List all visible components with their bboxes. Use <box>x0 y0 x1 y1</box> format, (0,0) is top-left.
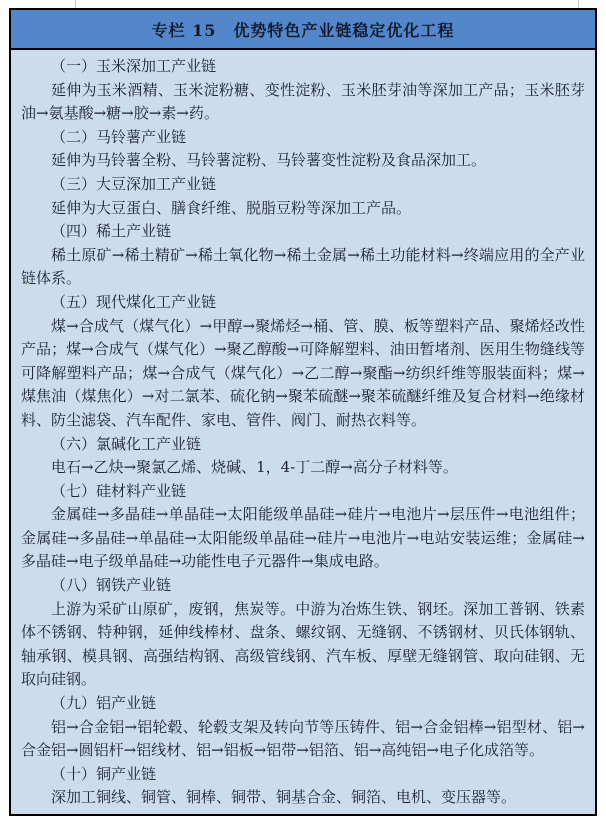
table-gridline-remnant-left <box>75 0 76 8</box>
section-4-body: 稀土原矿→稀土精矿→稀土氧化物→稀土金属→稀土功能材料→终端应用的全产业链体系。 <box>21 244 585 291</box>
section-9-heading: （九）铝产业链 <box>21 692 585 716</box>
section-6-heading: （六）氯碱化工产业链 <box>21 433 585 457</box>
section-1-body: 延伸为玉米酒精、玉米淀粉糖、变性淀粉、玉米胚芽油等深加工产品；玉米胚芽油→氨基酸… <box>21 79 585 126</box>
section-5-body: 煤→合成气（煤气化）→甲醇→聚烯烃→桶、管、膜、板等塑料产品、聚烯烃改性产品；煤… <box>21 315 585 433</box>
section-8-heading: （八）钢铁产业链 <box>21 574 585 598</box>
section-3-heading: （三）大豆深加工产业链 <box>21 173 585 197</box>
section-1-heading: （一）玉米深加工产业链 <box>21 55 585 79</box>
box-title: 专栏 15 优势特色产业链稳定优化工程 <box>152 18 455 41</box>
box-header: 专栏 15 优势特色产业链稳定优化工程 <box>11 10 595 50</box>
section-6-body: 电石→乙炔→聚氯乙烯、烧碱、1，4-丁二醇→高分子材料等。 <box>21 456 585 480</box>
section-8-body: 上游为采矿山原矿，废钢，焦炭等。中游为冶炼生铁、钢坯。深加工普钢、铁素体不锈钢、… <box>21 598 585 692</box>
box-body: （一）玉米深加工产业链延伸为玉米酒精、玉米淀粉糖、变性淀粉、玉米胚芽油等深加工产… <box>11 50 595 814</box>
section-10-body: 深加工铜线、铜管、铜棒、铜带、铜基合金、铜箔、电机、变压器等。 <box>21 786 585 810</box>
section-3-body: 延伸为大豆蛋白、膳食纤维、脱脂豆粉等深加工产品。 <box>21 197 585 221</box>
section-5-heading: （五）现代煤化工产业链 <box>21 291 585 315</box>
section-4-heading: （四）稀土产业链 <box>21 220 585 244</box>
table-gridline-remnant-right <box>578 0 579 8</box>
column-15-callout-box: 专栏 15 优势特色产业链稳定优化工程 （一）玉米深加工产业链延伸为玉米酒精、玉… <box>9 8 597 816</box>
section-2-body: 延伸为马铃薯全粉、马铃薯淀粉、马铃薯变性淀粉及食品深加工。 <box>21 149 585 173</box>
document-page: 专栏 15 优势特色产业链稳定优化工程 （一）玉米深加工产业链延伸为玉米酒精、玉… <box>0 0 606 827</box>
section-7-heading: （七）硅材料产业链 <box>21 480 585 504</box>
section-10-heading: （十）铜产业链 <box>21 763 585 787</box>
section-9-body: 铝→合金铝→铝轮毂、轮毂支架及转向节等压铸件、铝→合金铝棒→铝型材、铝→合金铝→… <box>21 716 585 763</box>
section-2-heading: （二）马铃薯产业链 <box>21 126 585 150</box>
section-7-body: 金属硅→多晶硅→单晶硅→太阳能级单晶硅→硅片→电池片→层压件→电池组件；金属硅→… <box>21 503 585 574</box>
